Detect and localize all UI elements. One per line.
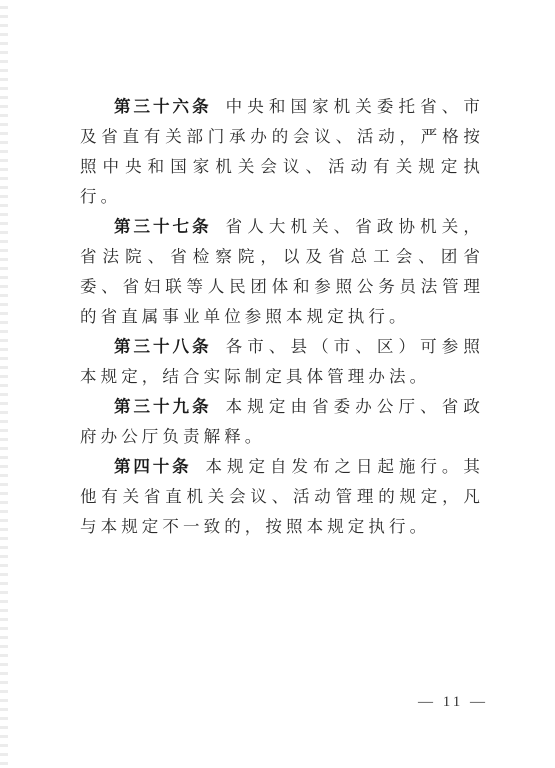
article-40: 第四十条本规定自发布之日起施行。其他有关省直机关会议、活动管理的规定，凡与本规定… [80,452,484,542]
article-heading: 第四十条 [114,457,192,476]
article-38: 第三十八条各市、县（市、区）可参照本规定，结合实际制定具体管理办法。 [80,332,484,392]
article-heading: 第三十七条 [114,217,212,236]
article-37: 第三十七条省人大机关、省政协机关，省法院、省检察院，以及省总工会、团省委、省妇联… [80,212,484,332]
document-body: 第三十六条中央和国家机关委托省、市及省直有关部门承办的会议、活动，严格按照中央和… [80,92,484,542]
page-number: — 11 — [418,694,488,711]
article-36: 第三十六条中央和国家机关委托省、市及省直有关部门承办的会议、活动，严格按照中央和… [80,92,484,212]
article-39: 第三十九条本规定由省委办公厅、省政府办公厅负责解释。 [80,392,484,452]
article-heading: 第三十六条 [114,97,212,116]
scan-edge-artifact [0,0,8,768]
article-heading: 第三十九条 [114,397,212,416]
article-heading: 第三十八条 [114,337,212,356]
